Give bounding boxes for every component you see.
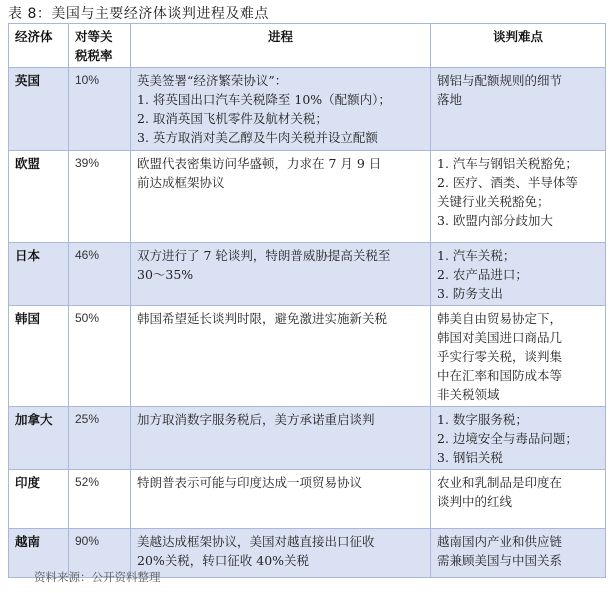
process-cell: 加方取消数字服务税后，美方承诺重启谈判	[131, 407, 431, 470]
difficulty-cell: 韩美自由贸易协定下， 韩国对美国进口商品几 乎实行零关税，谈判集 中在汇率和国防…	[431, 306, 606, 407]
header-rate: 对等关 税税率	[69, 24, 131, 68]
source-note: 资料来源：公开资料整理	[34, 569, 161, 585]
rate-cell: 52%	[69, 470, 131, 529]
table-row-canada: 加拿大 25% 加方取消数字服务税后，美方承诺重启谈判 1. 数字服务税； 2.…	[9, 407, 606, 470]
table-row-eu: 欧盟 39% 欧盟代表密集访问华盛顿，力求在 7 月 9 日 前达成框架协议 1…	[9, 151, 606, 243]
process-cell: 欧盟代表密集访问华盛顿，力求在 7 月 9 日 前达成框架协议	[131, 151, 431, 243]
rate-cell: 25%	[69, 407, 131, 470]
table-row-japan: 日本 46% 双方进行了 7 轮谈判，特朗普威胁提高关税至 30～35% 1. …	[9, 243, 606, 306]
economy-cell: 日本	[9, 243, 69, 306]
difficulty-cell: 钢铝与配额规则的细节 落地	[431, 68, 606, 151]
header-process: 进程	[131, 24, 431, 68]
table-title: 表 8：美国与主要经济体谈判进程及难点	[8, 3, 269, 23]
table-row-uk: 英国 10% 英美签署“经济繁荣协议”： 1. 将英国出口汽车关税降至 10%（…	[9, 68, 606, 151]
economy-cell: 韩国	[9, 306, 69, 407]
difficulty-cell: 1. 汽车关税； 2. 农产品进口； 3. 防务支出	[431, 243, 606, 306]
process-cell: 韩国希望延长谈判时限，避免激进实施新关税	[131, 306, 431, 407]
process-cell: 英美签署“经济繁荣协议”： 1. 将英国出口汽车关税降至 10%（配额内）； 2…	[131, 68, 431, 151]
economy-cell: 欧盟	[9, 151, 69, 243]
process-cell: 美越达成框架协议，美国对越直接出口征收 20%关税，转口征收 40%关税	[131, 529, 431, 578]
table-row-korea: 韩国 50% 韩国希望延长谈判时限，避免激进实施新关税 韩美自由贸易协定下， 韩…	[9, 306, 606, 407]
difficulty-cell: 农业和乳制品是印度在 谈判中的红线	[431, 470, 606, 529]
header-row: 经济体 对等关 税税率 进程 谈判难点	[9, 24, 606, 68]
difficulty-cell: 越南国内产业和供应链 需兼顾美国与中国关系	[431, 529, 606, 578]
economy-cell: 英国	[9, 68, 69, 151]
process-cell: 双方进行了 7 轮谈判，特朗普威胁提高关税至 30～35%	[131, 243, 431, 306]
process-cell: 特朗普表示可能与印度达成一项贸易协议	[131, 470, 431, 529]
header-difficulty: 谈判难点	[431, 24, 606, 68]
economy-cell: 加拿大	[9, 407, 69, 470]
rate-cell: 50%	[69, 306, 131, 407]
economy-cell: 印度	[9, 470, 69, 529]
difficulty-cell: 1. 数字服务税； 2. 边境安全与毒品问题； 3. 钢铝关税	[431, 407, 606, 470]
rate-cell: 10%	[69, 68, 131, 151]
table-row-india: 印度 52% 特朗普表示可能与印度达成一项贸易协议 农业和乳制品是印度在 谈判中…	[9, 470, 606, 529]
header-economy: 经济体	[9, 24, 69, 68]
negotiation-table: 经济体 对等关 税税率 进程 谈判难点 英国 10% 英美签署“经济繁荣协议”：…	[8, 23, 606, 578]
difficulty-cell: 1. 汽车与钢铝关税豁免； 2. 医疗、酒类、半导体等 关键行业关税豁免； 3.…	[431, 151, 606, 243]
rate-cell: 39%	[69, 151, 131, 243]
rate-cell: 46%	[69, 243, 131, 306]
